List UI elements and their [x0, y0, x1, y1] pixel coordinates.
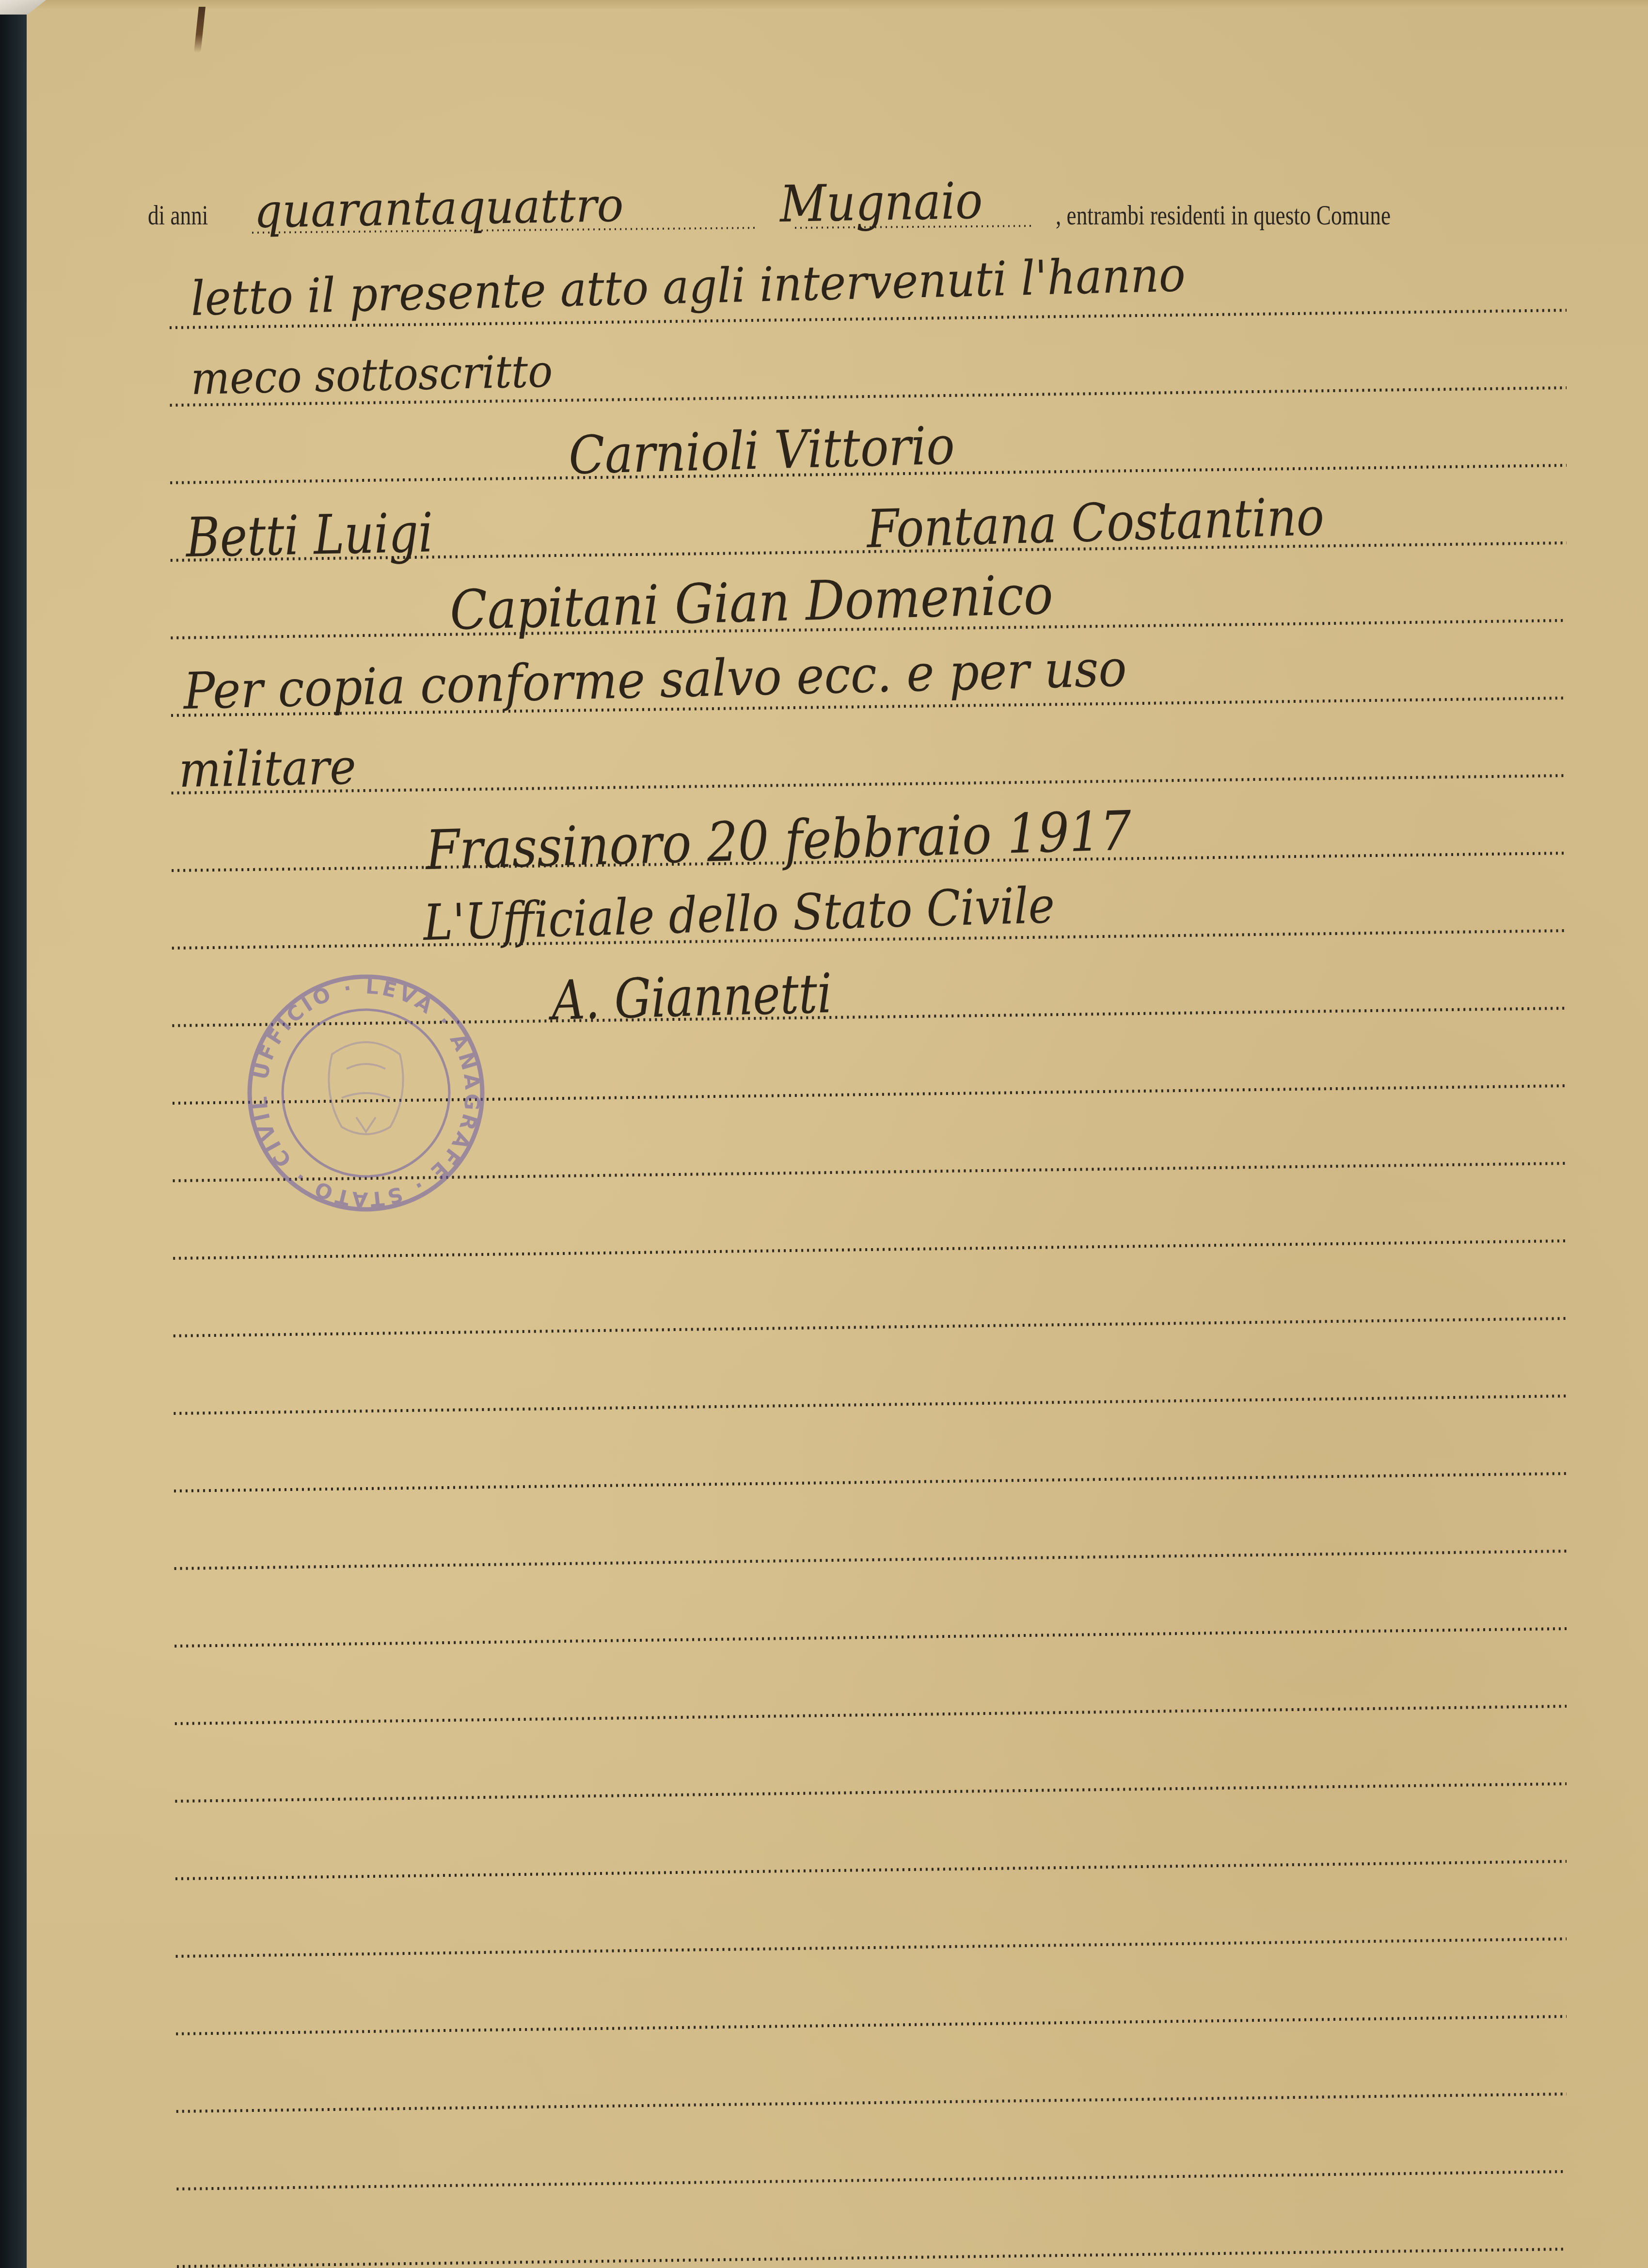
signature-carnioli: Carnioli Vittorio	[568, 415, 955, 486]
ruled-line	[174, 1474, 1567, 1491]
ruled-line	[173, 1241, 1567, 1258]
age-word: quarantaquattro	[254, 178, 624, 238]
ruled-line	[175, 1706, 1567, 1724]
ruled-line	[174, 1396, 1567, 1413]
ruled-line	[174, 1551, 1567, 1569]
official-signature: A. Giannetti	[551, 962, 833, 1032]
ruled-line	[176, 2094, 1567, 2111]
ruled-line	[174, 1629, 1567, 1646]
handwritten-line-3: meco sottoscritto	[190, 345, 553, 405]
official-stamp: UFFICIO · LEVA · ANAGRAFE · STATO · CIVI…	[245, 972, 487, 1214]
ruled-line	[176, 2172, 1567, 2189]
ruled-line	[175, 1861, 1567, 1879]
certification-line-2: militare	[178, 739, 357, 798]
ruled-line	[176, 1939, 1567, 1956]
ruled-line	[176, 2016, 1567, 2034]
ruled-line	[172, 776, 1567, 793]
ruled-line	[174, 1318, 1567, 1336]
signature-betti: Betti Luigi	[185, 501, 434, 570]
signature-fontana: Fontana Costantino	[866, 487, 1325, 560]
occupation: Mugnaio	[779, 171, 983, 234]
ruled-line	[175, 1784, 1567, 1801]
ruled-line	[177, 2249, 1567, 2267]
